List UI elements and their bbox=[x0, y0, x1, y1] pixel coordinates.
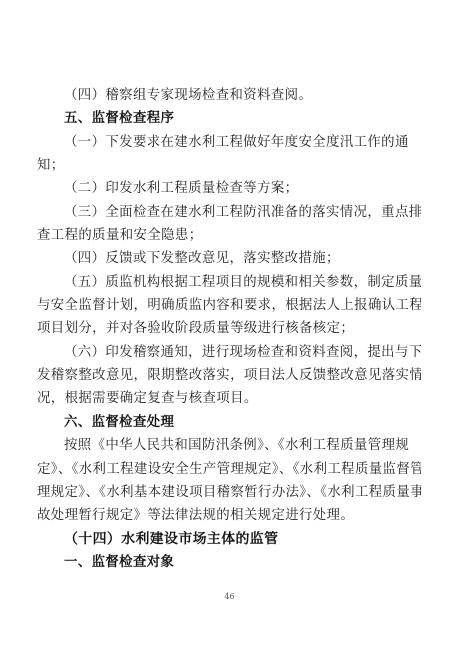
section-heading: 六、监督检查处理 bbox=[37, 411, 421, 434]
text-line: 况，根据需要确定复查与核查项目。 bbox=[37, 387, 421, 410]
text-line: （十四）水利建设市场主体的监管 bbox=[37, 528, 421, 551]
text-line: 五、监督检查程序 bbox=[37, 107, 421, 130]
section-heading: 五、监督检查程序 bbox=[37, 107, 421, 130]
text-line: 定》、《水利工程建设安全生产管理规定》、《水利工程质量监督管 bbox=[37, 458, 421, 481]
text-line: 故处理暂行规定》等法律法规的相关规定进行处理。 bbox=[37, 504, 421, 527]
text-line: 按照《中华人民共和国防汛条例》、《水利工程质量管理规 bbox=[37, 434, 421, 457]
text-line: （六）印发稽察通知，进行现场检查和资料查阅，提出与下 bbox=[37, 341, 421, 364]
paragraph: （三）全面检查在建水利工程防汛准备的落实情况，重点排查工程的质量和安全隐患； bbox=[37, 201, 421, 248]
page-number: 46 bbox=[0, 592, 459, 601]
text-line: （三）全面检查在建水利工程防汛准备的落实情况，重点排 bbox=[37, 201, 421, 224]
text-line: 项目划分，并对各验收阶段质量等级进行核备核定； bbox=[37, 317, 421, 340]
text-line: （四）稽察组专家现场检查和资料查阅。 bbox=[37, 84, 421, 107]
paragraph: 按照《中华人民共和国防汛条例》、《水利工程质量管理规定》、《水利工程建设安全生产… bbox=[37, 434, 421, 527]
text-line: （二）印发水利工程质量检查等方案； bbox=[37, 177, 421, 200]
text-line: 知； bbox=[37, 154, 421, 177]
text-line: 一、监督检查对象 bbox=[37, 551, 421, 574]
document-body: （四）稽察组专家现场检查和资料查阅。五、监督检查程序（一）下发要求在建水利工程做… bbox=[37, 84, 421, 574]
text-line: 六、监督检查处理 bbox=[37, 411, 421, 434]
text-line: 查工程的质量和安全隐患； bbox=[37, 224, 421, 247]
text-line: 理规定》、《水利基本建设项目稽察暂行办法》、《水利工程质量事 bbox=[37, 481, 421, 504]
paragraph: （四）稽察组专家现场检查和资料查阅。 bbox=[37, 84, 421, 107]
paragraph: （四）反馈或下发整改意见，落实整改措施； bbox=[37, 247, 421, 270]
section-heading: （十四）水利建设市场主体的监管 bbox=[37, 528, 421, 551]
paragraph: （六）印发稽察通知，进行现场检查和资料查阅，提出与下发稽察整改意见，限期整改落实… bbox=[37, 341, 421, 411]
paragraph: （五）质监机构根据工程项目的规模和相关参数，制定质量与安全监督计划，明确质监内容… bbox=[37, 271, 421, 341]
section-heading: 一、监督检查对象 bbox=[37, 551, 421, 574]
text-line: （一）下发要求在建水利工程做好年度安全度汛工作的通 bbox=[37, 131, 421, 154]
text-line: 发稽察整改意见，限期整改落实，项目法人反馈整改意见落实情 bbox=[37, 364, 421, 387]
text-line: 与安全监督计划，明确质监内容和要求，根据法人上报确认工程 bbox=[37, 294, 421, 317]
paragraph: （一）下发要求在建水利工程做好年度安全度汛工作的通知； bbox=[37, 131, 421, 178]
paragraph: （二）印发水利工程质量检查等方案； bbox=[37, 177, 421, 200]
text-line: （四）反馈或下发整改意见，落实整改措施； bbox=[37, 247, 421, 270]
document-page: （四）稽察组专家现场检查和资料查阅。五、监督检查程序（一）下发要求在建水利工程做… bbox=[0, 0, 459, 650]
text-line: （五）质监机构根据工程项目的规模和相关参数，制定质量 bbox=[37, 271, 421, 294]
